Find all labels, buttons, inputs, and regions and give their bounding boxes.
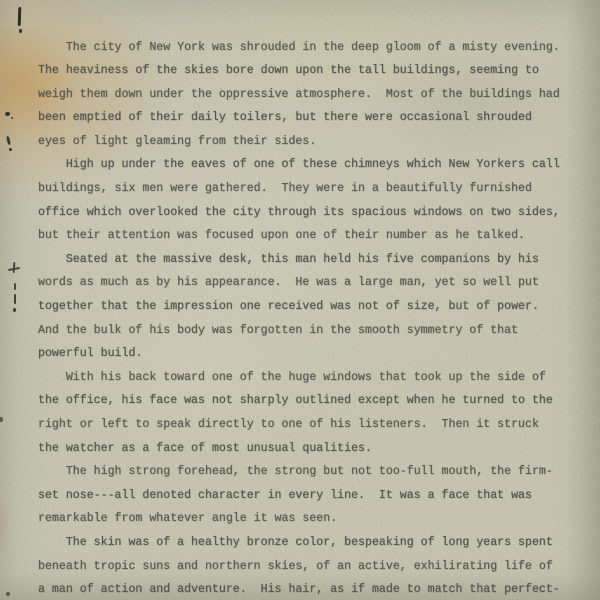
text-line: The high strong forehead, the strong but… [38,460,583,484]
text-line: set nose---all denoted character in ever… [38,484,583,508]
text-line: been emptied of their daily toilers, but… [38,106,583,130]
text-line: the office, his face was not sharply out… [38,389,583,413]
text-line: office which overlooked the city through… [38,201,583,225]
manuscript-page: The city of New York was shrouded in the… [0,0,600,600]
text-line: but their attention was focused upon one… [38,224,583,248]
text-line: weigh them down under the oppressive atm… [38,83,583,107]
text-line: the watcher as a face of most unusual qu… [38,437,583,461]
text-line: powerful build. [38,342,583,366]
text-line: With his back toward one of the huge win… [38,366,583,390]
text-line: And the bulk of his body was forgotten i… [38,319,583,343]
text-line: words as much as by his appearance. He w… [38,271,583,295]
text-line: a man of action and adventure. His hair,… [38,578,583,600]
text-line: right or left to speak directly to one o… [38,413,583,437]
text-line: Seated at the massive desk, this man hel… [38,248,583,272]
text-line: The heaviness of the skies bore down upo… [38,59,583,83]
text-line: The skin was of a healthy bronze color, … [38,531,583,555]
typewritten-text-block: The city of New York was shrouded in the… [38,36,583,600]
text-line: The city of New York was shrouded in the… [38,36,583,60]
text-line: together that the impression one receive… [38,295,583,319]
text-line: High up under the eaves of one of these … [38,153,583,177]
text-line: remarkable from whatever angle it was se… [38,507,583,531]
text-line: buildings, six men were gathered. They w… [38,177,583,201]
text-line: eyes of light gleaming from their sides. [38,130,583,154]
text-line: beneath tropic suns and northern skies, … [38,555,583,579]
